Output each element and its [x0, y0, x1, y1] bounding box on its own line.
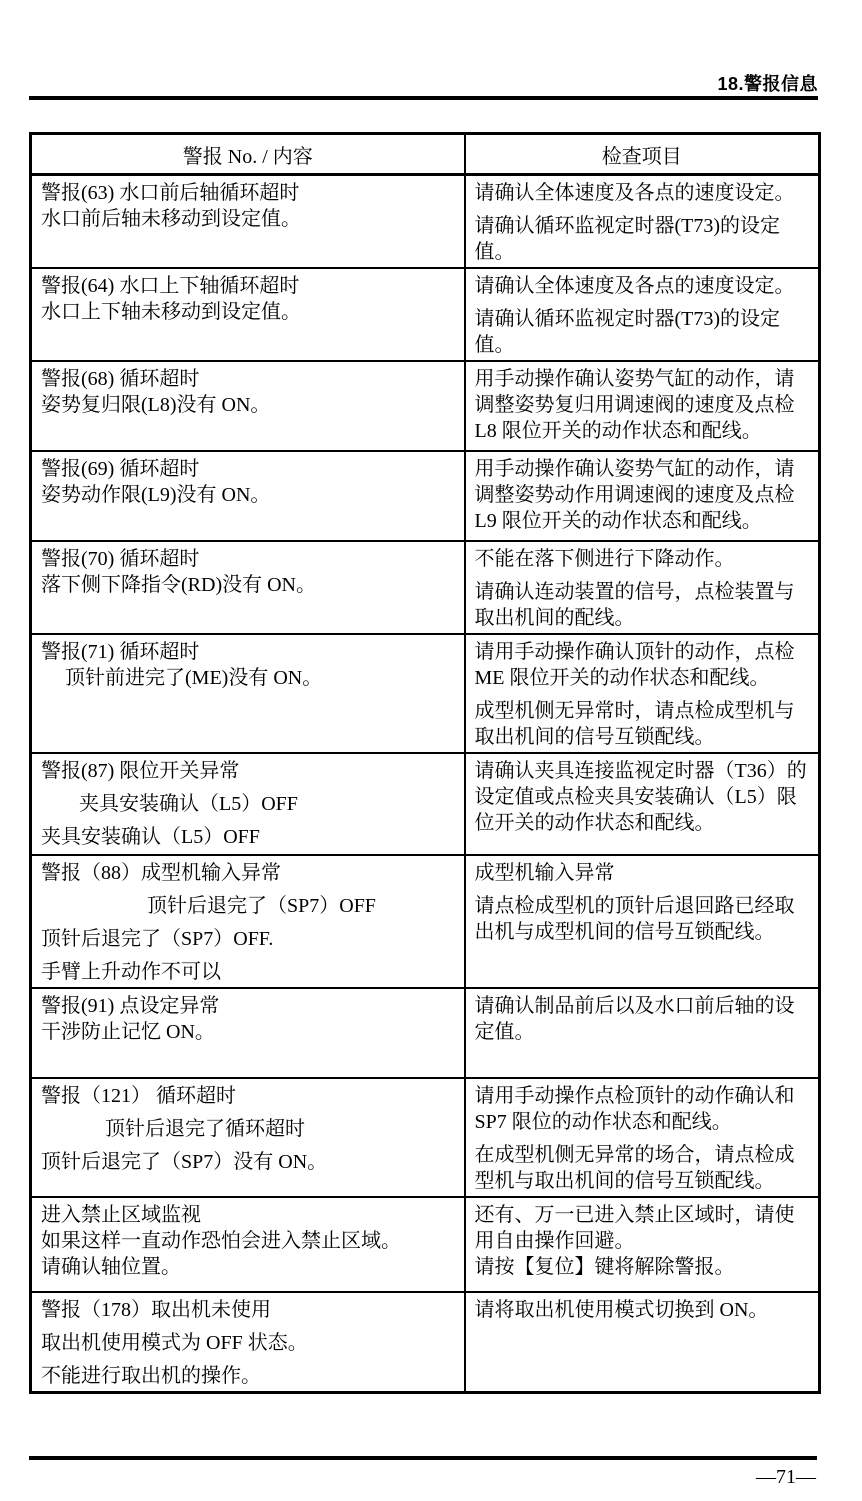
- text-line: 还有、万一已进入禁止区域时，请使用自由操作回避。: [475, 1202, 811, 1254]
- text-line: 警报(63) 水口前后轴循环超时: [41, 180, 456, 206]
- text-line: 在成型机侧无异常的场合，请点检成型机与取出机间的信号互锁配线。: [475, 1142, 811, 1194]
- text-line: 请确认轴位置。: [41, 1254, 456, 1280]
- text-line: 警报（178）取出机未使用: [41, 1297, 456, 1323]
- text-line: 请确认夹具连接监视定时器（T36）的设定值或点检夹具安装确认（L5）限位开关的动…: [475, 758, 811, 836]
- alarm-no-content-cell: 警报(63) 水口前后轴循环超时水口前后轴未移动到设定值。: [31, 175, 465, 269]
- alarm-no-content-cell: 警报(69) 循环超时姿势动作限(L9)没有 ON。: [31, 451, 465, 541]
- manual-page: 18.警报信息 警报 No. / 内容 检查项目 警报(63) 水口前后轴循环超…: [0, 0, 862, 1501]
- col-header-alarm-no-content: 警报 No. / 内容: [31, 134, 465, 175]
- text-line: 夹具安装确认（L5）OFF: [41, 791, 456, 817]
- alarm-table: 警报 No. / 内容 检查项目 警报(63) 水口前后轴循环超时水口前后轴未移…: [29, 132, 821, 1394]
- text-line: 用手动操作确认姿势气缸的动作，请调整姿势动作用调速阀的速度及点检 L9 限位开关…: [475, 456, 811, 534]
- alarm-row: 警报(63) 水口前后轴循环超时水口前后轴未移动到设定值。请确认全体速度及各点的…: [31, 175, 820, 269]
- check-item-cell: 成型机输入异常请点检成型机的顶针后退回路已经取出机与成型机间的信号互锁配线。: [465, 855, 820, 988]
- text-line: 姿势动作限(L9)没有 ON。: [41, 482, 456, 508]
- text-line: 请确认循环监视定时器(T73)的设定值。: [475, 213, 811, 265]
- check-item-cell: 请确认制品前后以及水口前后轴的设定值。: [465, 988, 820, 1078]
- check-item-cell: 不能在落下侧进行下降动作。请确认连动装置的信号，点检装置与取出机间的配线。: [465, 541, 820, 634]
- text-line: 落下侧下降指令(RD)没有 ON。: [41, 572, 456, 598]
- text-line: 请按【复位】键将解除警报。: [475, 1254, 811, 1280]
- alarm-no-content-cell: 警报(71) 循环超时顶针前进完了(ME)没有 ON。: [31, 634, 465, 753]
- alarm-row: 警报(64) 水口上下轴循环超时水口上下轴未移动到设定值。请确认全体速度及各点的…: [31, 268, 820, 361]
- text-line: 警报（88）成型机输入异常: [41, 860, 456, 886]
- text-line: 请确认制品前后以及水口前后轴的设定值。: [475, 993, 811, 1045]
- alarm-row: 警报(69) 循环超时姿势动作限(L9)没有 ON。用手动操作确认姿势气缸的动作…: [31, 451, 820, 541]
- text-line: 水口前后轴未移动到设定值。: [41, 206, 456, 232]
- check-item-cell: 请确认全体速度及各点的速度设定。请确认循环监视定时器(T73)的设定值。: [465, 175, 820, 269]
- page-number: —71—: [756, 1466, 816, 1489]
- text-line: 请点检成型机的顶针后退回路已经取出机与成型机间的信号互锁配线。: [475, 893, 811, 945]
- text-line: 顶针后退完了（SP7）OFF: [41, 893, 456, 919]
- text-line: 顶针后退完了循环超时: [41, 1116, 456, 1142]
- check-item-cell: 请用手动操作点检顶针的动作确认和 SP7 限位的动作状态和配线。在成型机侧无异常…: [465, 1078, 820, 1197]
- text-line: 警报(70) 循环超时: [41, 546, 456, 572]
- text-line: 警报(91) 点设定异常: [41, 993, 456, 1019]
- text-line: 警报（121） 循环超时: [41, 1083, 456, 1109]
- text-line: 干涉防止记忆 ON。: [41, 1019, 456, 1045]
- alarm-no-content-cell: 警报（88）成型机输入异常顶针后退完了（SP7）OFF顶针后退完了（SP7）OF…: [31, 855, 465, 988]
- check-item-cell: 请确认全体速度及各点的速度设定。请确认循环监视定时器(T73)的设定值。: [465, 268, 820, 361]
- check-item-cell: 请确认夹具连接监视定时器（T36）的设定值或点检夹具安装确认（L5）限位开关的动…: [465, 753, 820, 855]
- text-line: 警报(87) 限位开关异常: [41, 758, 456, 784]
- alarm-no-content-cell: 警报(87) 限位开关异常夹具安装确认（L5）OFF夹具安装确认（L5）OFF: [31, 753, 465, 855]
- col-header-check-items: 检查项目: [465, 134, 820, 175]
- table-header-row: 警报 No. / 内容 检查项目: [31, 134, 820, 175]
- text-line: 手臂上升动作不可以: [41, 959, 456, 985]
- text-line: 顶针后退完了（SP7）OFF.: [41, 926, 456, 952]
- text-line: 请用手动操作确认顶针的动作，点检 ME 限位开关的动作状态和配线。: [475, 639, 811, 691]
- alarm-row: 警报(70) 循环超时落下侧下降指令(RD)没有 ON。不能在落下侧进行下降动作…: [31, 541, 820, 634]
- text-line: 请确认全体速度及各点的速度设定。: [475, 180, 811, 206]
- check-item-cell: 请用手动操作确认顶针的动作，点检 ME 限位开关的动作状态和配线。成型机侧无异常…: [465, 634, 820, 753]
- alarm-row: 警报（121） 循环超时顶针后退完了循环超时顶针后退完了（SP7）没有 ON。请…: [31, 1078, 820, 1197]
- text-line: 取出机使用模式为 OFF 状态。: [41, 1330, 456, 1356]
- text-line: 顶针后退完了（SP7）没有 ON。: [41, 1149, 456, 1175]
- text-line: 请确认循环监视定时器(T73)的设定值。: [475, 306, 811, 358]
- text-line: 请将取出机使用模式切换到 ON。: [475, 1297, 811, 1323]
- text-line: 用手动操作确认姿势气缸的动作，请调整姿势复归用调速阀的速度及点检 L8 限位开关…: [475, 366, 811, 444]
- alarm-row: 进入禁止区域监视如果这样一直动作恐怕会进入禁止区域。请确认轴位置。还有、万一已进…: [31, 1197, 820, 1292]
- check-item-cell: 用手动操作确认姿势气缸的动作，请调整姿势复归用调速阀的速度及点检 L8 限位开关…: [465, 361, 820, 451]
- text-line: 不能进行取出机的操作。: [41, 1363, 456, 1389]
- text-line: 如果这样一直动作恐怕会进入禁止区域。: [41, 1228, 456, 1254]
- footer-rule: [29, 1456, 817, 1460]
- alarm-row: 警报(91) 点设定异常干涉防止记忆 ON。请确认制品前后以及水口前后轴的设定值…: [31, 988, 820, 1078]
- alarm-row: 警报（178）取出机未使用取出机使用模式为 OFF 状态。不能进行取出机的操作。…: [31, 1292, 820, 1393]
- text-line: 警报(69) 循环超时: [41, 456, 456, 482]
- text-line: 成型机输入异常: [475, 860, 811, 886]
- text-line: 请用手动操作点检顶针的动作确认和 SP7 限位的动作状态和配线。: [475, 1083, 811, 1135]
- text-line: 成型机侧无异常时，请点检成型机与取出机间的信号互锁配线。: [475, 698, 811, 750]
- alarm-no-content-cell: 警报(64) 水口上下轴循环超时水口上下轴未移动到设定值。: [31, 268, 465, 361]
- text-line: 请确认连动装置的信号，点检装置与取出机间的配线。: [475, 579, 811, 631]
- header-rule: [29, 96, 818, 100]
- text-line: 警报(71) 循环超时: [41, 639, 456, 665]
- text-line: 请确认全体速度及各点的速度设定。: [475, 273, 811, 299]
- check-item-cell: 请将取出机使用模式切换到 ON。: [465, 1292, 820, 1393]
- text-line: 警报(68) 循环超时: [41, 366, 456, 392]
- text-line: 顶针前进完了(ME)没有 ON。: [41, 665, 456, 691]
- alarm-no-content-cell: 警报(68) 循环超时姿势复归限(L8)没有 ON。: [31, 361, 465, 451]
- check-item-cell: 用手动操作确认姿势气缸的动作，请调整姿势动作用调速阀的速度及点检 L9 限位开关…: [465, 451, 820, 541]
- alarm-no-content-cell: 警报(70) 循环超时落下侧下降指令(RD)没有 ON。: [31, 541, 465, 634]
- text-line: 夹具安装确认（L5）OFF: [41, 824, 456, 850]
- alarm-no-content-cell: 警报（178）取出机未使用取出机使用模式为 OFF 状态。不能进行取出机的操作。: [31, 1292, 465, 1393]
- text-line: 警报(64) 水口上下轴循环超时: [41, 273, 456, 299]
- alarm-no-content-cell: 警报（121） 循环超时顶针后退完了循环超时顶针后退完了（SP7）没有 ON。: [31, 1078, 465, 1197]
- check-item-cell: 还有、万一已进入禁止区域时，请使用自由操作回避。请按【复位】键将解除警报。: [465, 1197, 820, 1292]
- text-line: 姿势复归限(L8)没有 ON。: [41, 392, 456, 418]
- text-line: 水口上下轴未移动到设定值。: [41, 299, 456, 325]
- alarm-row: 警报(68) 循环超时姿势复归限(L8)没有 ON。用手动操作确认姿势气缸的动作…: [31, 361, 820, 451]
- section-title: 18.警报信息: [717, 70, 818, 96]
- alarm-row: 警报(87) 限位开关异常夹具安装确认（L5）OFF夹具安装确认（L5）OFF请…: [31, 753, 820, 855]
- alarm-row: 警报(71) 循环超时顶针前进完了(ME)没有 ON。请用手动操作确认顶针的动作…: [31, 634, 820, 753]
- alarm-no-content-cell: 警报(91) 点设定异常干涉防止记忆 ON。: [31, 988, 465, 1078]
- text-line: 不能在落下侧进行下降动作。: [475, 546, 811, 572]
- alarm-no-content-cell: 进入禁止区域监视如果这样一直动作恐怕会进入禁止区域。请确认轴位置。: [31, 1197, 465, 1292]
- alarm-row: 警报（88）成型机输入异常顶针后退完了（SP7）OFF顶针后退完了（SP7）OF…: [31, 855, 820, 988]
- text-line: 进入禁止区域监视: [41, 1202, 456, 1228]
